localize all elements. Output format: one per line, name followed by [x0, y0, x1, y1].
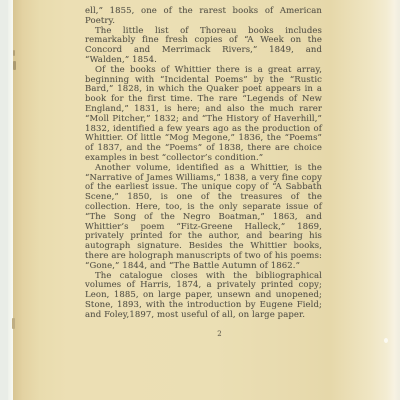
paragraph: ell,” 1855, one of the rarest books of A…	[85, 7, 322, 27]
paragraph: Another volume, identified as a Whittier…	[85, 164, 322, 272]
text-block: ell,” 1855, one of the rarest books of A…	[85, 7, 322, 339]
scanned-book-page-photo: ell,” 1855, one of the rarest books of A…	[0, 0, 400, 400]
paragraph: The catalogue closes with the bibliograp…	[85, 272, 322, 321]
page-edge-nick	[13, 50, 15, 56]
book-page: ell,” 1855, one of the rarest books of A…	[13, 0, 400, 400]
page-edge-nick	[12, 318, 15, 329]
signature-mark: 2	[85, 330, 322, 340]
paragraph: The little list of Thoreau books include…	[85, 27, 322, 66]
paper-glint	[384, 338, 388, 343]
paragraph: Of the books of Whittier there is a grea…	[85, 66, 322, 164]
page-edge-nick	[13, 61, 16, 70]
